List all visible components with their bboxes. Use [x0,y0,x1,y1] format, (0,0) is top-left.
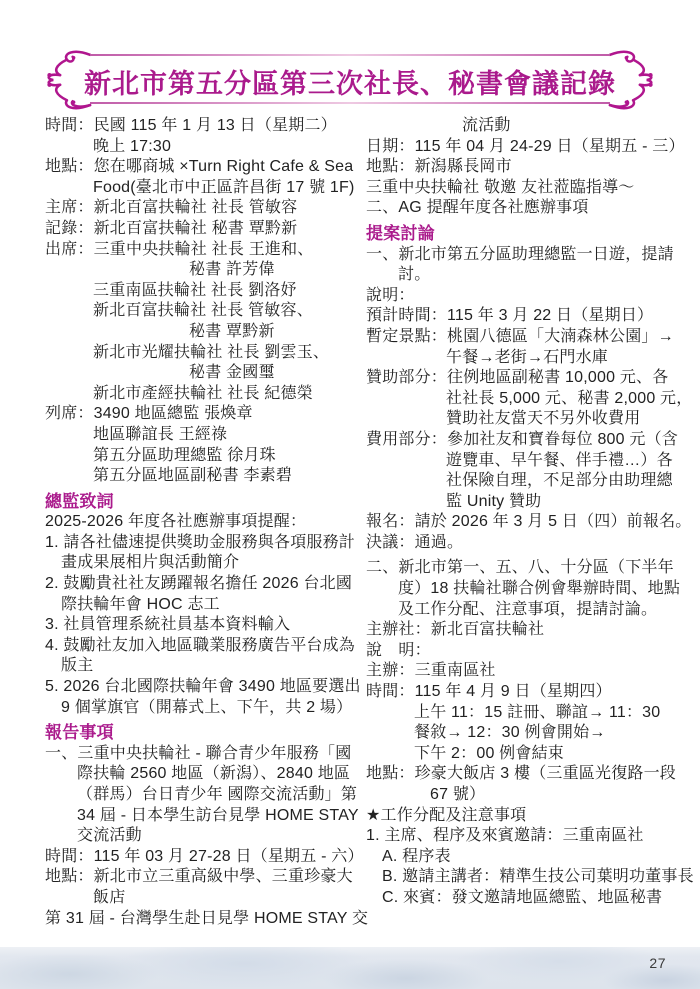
text-line: 贊助社友當天不另外收費用 [366,409,667,430]
text-line: A. 程序表 [366,847,667,868]
text-line: 地點：您在哪商城 ×Turn Right Cafe & Sea [45,157,346,178]
text-line: 地點：新北市立三重高級中學、三重珍豪大 [45,867,346,888]
text-line: 上午 11：15 註冊、聯誼→ 11：30 [366,703,667,724]
text-line: 三重南區扶輪社 社長 劉洛妤 [45,281,346,302]
text-line: 二、AG 提醒年度各社應辦事項 [366,198,667,219]
text-line: 第五分區助理總監 徐月珠 [45,446,346,467]
text-line: 第五分區地區副秘書 李素碧 [45,466,346,487]
section-heading: 總監致詞 [45,492,346,513]
text-line: 一、三重中央扶輪社 - 聯合青少年服務「國 [45,744,346,765]
text-line: 及工作分配、注意事項，提請討論。 [366,600,667,621]
text-line: 地區聯誼長 王經祿 [45,425,346,446]
text-line: 一、新北市第五分區助理總監一日遊，提請 [366,245,667,266]
text-line: 下午 2：00 例會結束 [366,744,667,765]
text-line: 討。 [366,265,667,286]
text-line: 地點：新潟縣長岡市 [366,157,667,178]
text-line: 社社長 5,000 元、秘書 2,000 元， [366,389,667,410]
text-line: 時間：115 年 4 月 9 日（星期四） [366,682,667,703]
section-heading: 報告事項 [45,723,346,744]
left-column: 時間：民國 115 年 1 月 13 日（星期二）晚上 17:30地點：您在哪商… [45,116,346,929]
page-title: 新北市第五分區第三次社長、秘書會議記錄 [0,62,700,101]
document-header: 新北市第五分區第三次社長、秘書會議記錄 [0,40,700,116]
text-line: 暫定景點：桃園八德區「大湳森林公園」→ [366,327,667,348]
section-heading: 提案討論 [366,224,667,245]
text-line: 4. 鼓勵社友加入地區職業服務廣告平台成為 [45,636,346,657]
text-line: 三重中央扶輪社 敬邀 友社蒞臨指導～ [366,178,667,199]
text-line: 際扶輪年會 HOC 志工 [45,595,346,616]
text-line: 際扶輪 2560 地區（新潟）、2840 地區 [45,764,346,785]
text-line: 贊助部分：往例地區副秘書 10,000 元、各 [366,368,667,389]
header-rule-bottom [90,102,610,104]
text-line: 版主 [45,656,346,677]
text-line: 說明： [366,286,667,307]
text-line: 列席：3490 地區總監 張煥章 [45,404,346,425]
text-line: 流活動 [366,116,667,137]
text-line: 日期：115 年 04 月 24-29 日（星期五 - 三） [366,137,667,158]
text-line: 午餐→老街→石門水庫 [366,348,667,369]
two-column-body: 時間：民國 115 年 1 月 13 日（星期二）晚上 17:30地點：您在哪商… [45,116,667,929]
text-line: 主辦社：新北百富扶輪社 [366,620,667,641]
text-line: 3. 社員管理系統社員基本資料輸入 [45,615,346,636]
text-line: 新北市光耀扶輪社 社長 劉雲玉、 [45,343,346,364]
text-line: 社保險自理，不足部分由助理總 [366,471,667,492]
text-line: 主席：新北百富扶輪社 社長 管敏容 [45,198,346,219]
right-column: 流活動日期：115 年 04 月 24-29 日（星期五 - 三）地點：新潟縣長… [366,116,667,929]
text-line: 新北市產經扶輪社 社長 紀德榮 [45,384,346,405]
text-line: 秘書 金國璽 [45,363,346,384]
text-line: 飯店 [45,888,346,909]
footer-watercolor-band [0,947,700,989]
text-line: 餐敘→ 12：30 例會開始→ [366,723,667,744]
text-line: 2. 鼓勵貴社社友踴躍報名擔任 2026 台北國 [45,574,346,595]
text-line: 1. 主席、程序及來賓邀請：三重南區社 [366,826,667,847]
text-line: 度）18 扶輪社聯合例會舉辦時間、地點 [366,579,667,600]
text-line: 出席：三重中央扶輪社 社長 王進和、 [45,240,346,261]
text-line: 監 Unity 贊助 [366,492,667,513]
text-line: 67 號） [366,785,667,806]
text-line: 決議：通過。 [366,533,667,554]
text-line: 秘書 許芳偉 [45,260,346,281]
text-line: 34 屆 - 日本學生訪台見學 HOME STAY [45,806,346,827]
text-line: 第 31 屆 - 台灣學生赴日見學 HOME STAY 交 [45,909,346,930]
document-page: 新北市第五分區第三次社長、秘書會議記錄 時間：民國 115 年 1 月 13 日… [0,0,700,989]
header-rule-top [90,54,610,56]
text-line: 報名：請於 2026 年 3 月 5 日（四）前報名。 [366,512,667,533]
text-line: 遊覽車、早午餐、伴手禮…）各 [366,451,667,472]
text-line: 費用部分：參加社友和寶眷每位 800 元（含 [366,430,667,451]
text-line: 秘書 覃黔新 [45,322,346,343]
text-line: B. 邀請主講者：精準生技公司葉明功董事長 [366,867,667,888]
text-line: 2025-2026 年度各社應辦事項提醒： [45,512,346,533]
text-line: 二、新北市第一、五、八、十分區（下半年 [366,558,667,579]
text-line: 1. 請各社儘速提供獎助金服務與各項服務計 [45,533,346,554]
text-line: 時間：民國 115 年 1 月 13 日（星期二） [45,116,346,137]
text-line: 交流活動 [45,826,346,847]
text-line: 5. 2026 台北國際扶輪年會 3490 地區要選出 [45,677,346,698]
text-line: （群馬）台日青少年 國際交流活動」第 [45,785,346,806]
text-line: C. 來賓：發文邀請地區總監、地區秘書 [366,888,667,909]
text-line: 新北百富扶輪社 社長 管敏容、 [45,301,346,322]
text-line: 9 個掌旗官（開幕式上、下午，共 2 場） [45,698,346,719]
text-line: 畫成果展相片與活動簡介 [45,553,346,574]
text-line: Food(臺北市中正區許昌街 17 號 1F) [45,178,346,199]
text-line: 預計時間：115 年 3 月 22 日（星期日） [366,306,667,327]
text-line: 晚上 17:30 [45,137,346,158]
text-line: 地點：珍豪大飯店 3 樓（三重區光復路一段 [366,764,667,785]
text-line: 主辦：三重南區社 [366,661,667,682]
text-line: 時間：115 年 03 月 27-28 日（星期五 - 六） [45,847,346,868]
text-line: ★工作分配及注意事項 [366,806,667,827]
page-number: 27 [649,955,666,971]
text-line: 說 明： [366,641,667,662]
text-line: 記錄：新北百富扶輪社 秘書 覃黔新 [45,219,346,240]
